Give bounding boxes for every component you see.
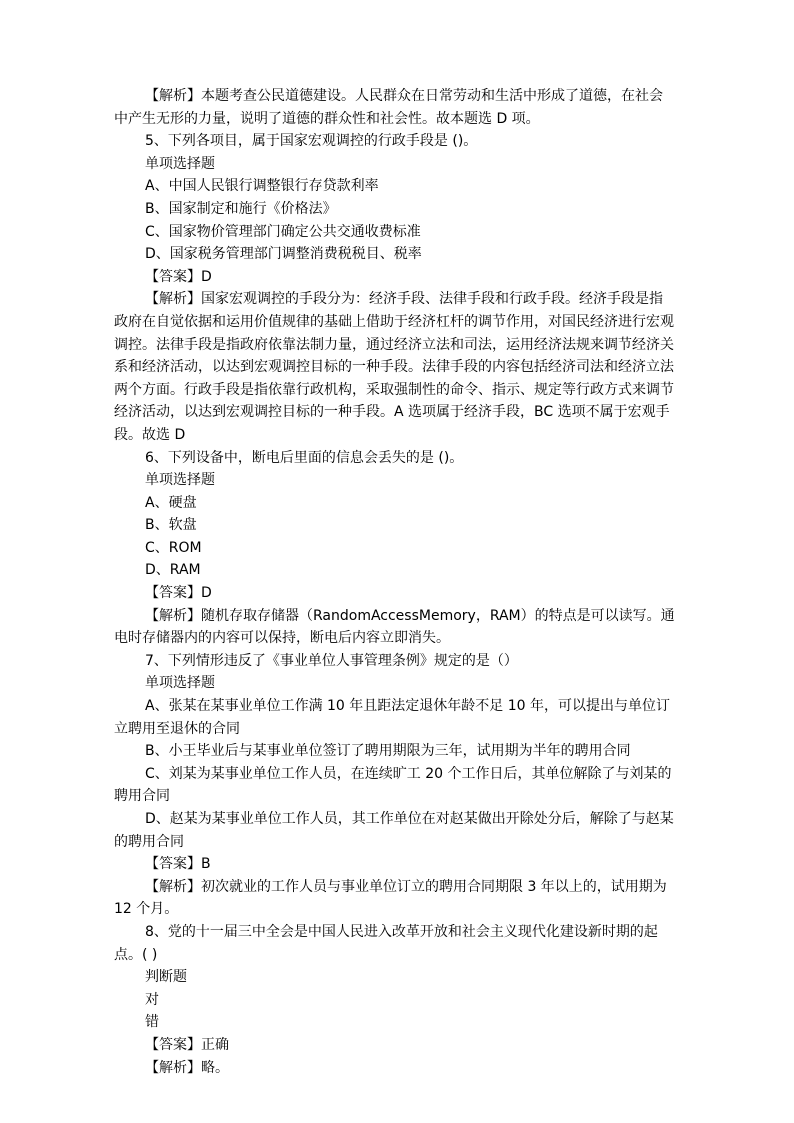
- q5-answer: 【答案】D: [114, 266, 676, 289]
- q7-question: 7、下列情形违反了《事业单位人事管理条例》规定的是（）: [114, 650, 676, 673]
- q7-answer: 【答案】B: [114, 853, 676, 876]
- q5-option-d: D、国家税务管理部门调整消费税税目、税率: [114, 243, 676, 266]
- q6-question: 6、下列设备中，断电后里面的信息会丢失的是 ()。: [114, 447, 676, 470]
- q6-option-b: B、软盘: [114, 514, 676, 537]
- q8-option-true: 对: [114, 989, 676, 1012]
- q8-answer: 【答案】正确: [114, 1034, 676, 1057]
- q6-explanation: 【解析】随机存取存储器（RandomAccessMemory，RAM）的特点是可…: [114, 605, 676, 650]
- q5-question-type: 单项选择题: [114, 153, 676, 176]
- q5-explanation: 【解析】国家宏观调控的手段分为：经济手段、法律手段和行政手段。经济手段是指政府在…: [114, 288, 676, 446]
- q5-option-b: B、国家制定和施行《价格法》: [114, 198, 676, 221]
- q7-option-b: B、小王毕业后与某事业单位签订了聘用期限为三年，试用期为半年的聘用合同: [114, 740, 676, 763]
- q4-explanation: 【解析】本题考查公民道德建设。人民群众在日常劳动和生活中形成了道德，在社会中产生…: [114, 85, 676, 130]
- q8-option-false: 错: [114, 1011, 676, 1034]
- q8-question-type: 判断题: [114, 966, 676, 989]
- q7-explanation: 【解析】初次就业的工作人员与事业单位订立的聘用合同期限 3 年以上的，试用期为 …: [114, 876, 676, 921]
- q8-explanation: 【解析】略。: [114, 1057, 676, 1080]
- q6-answer: 【答案】D: [114, 582, 676, 605]
- q5-question: 5、下列各项目，属于国家宏观调控的行政手段是 ()。: [114, 130, 676, 153]
- q6-option-a: A、硬盘: [114, 492, 676, 515]
- q6-option-c: C、ROM: [114, 537, 676, 560]
- q8-question: 8、党的十一届三中全会是中国人民进入改革开放和社会主义现代化建设新时期的起点。(…: [114, 921, 676, 966]
- q6-option-d: D、RAM: [114, 559, 676, 582]
- q7-option-c: C、刘某为某事业单位工作人员，在连续旷工 20 个工作日后，其单位解除了与刘某的…: [114, 763, 676, 808]
- q6-question-type: 单项选择题: [114, 469, 676, 492]
- q7-option-a: A、张某在某事业单位工作满 10 年且距法定退休年龄不足 10 年，可以提出与单…: [114, 695, 676, 740]
- document-content: 【解析】本题考查公民道德建设。人民群众在日常劳动和生活中形成了道德，在社会中产生…: [114, 85, 676, 1079]
- q7-option-d: D、赵某为某事业单位工作人员，其工作单位在对赵某做出开除处分后，解除了与赵某的聘…: [114, 808, 676, 853]
- document-page: 【解析】本题考查公民道德建设。人民群众在日常劳动和生活中形成了道德，在社会中产生…: [0, 0, 794, 1123]
- q5-option-a: A、中国人民银行调整银行存贷款利率: [114, 175, 676, 198]
- q7-question-type: 单项选择题: [114, 672, 676, 695]
- q5-option-c: C、国家物价管理部门确定公共交通收费标准: [114, 221, 676, 244]
